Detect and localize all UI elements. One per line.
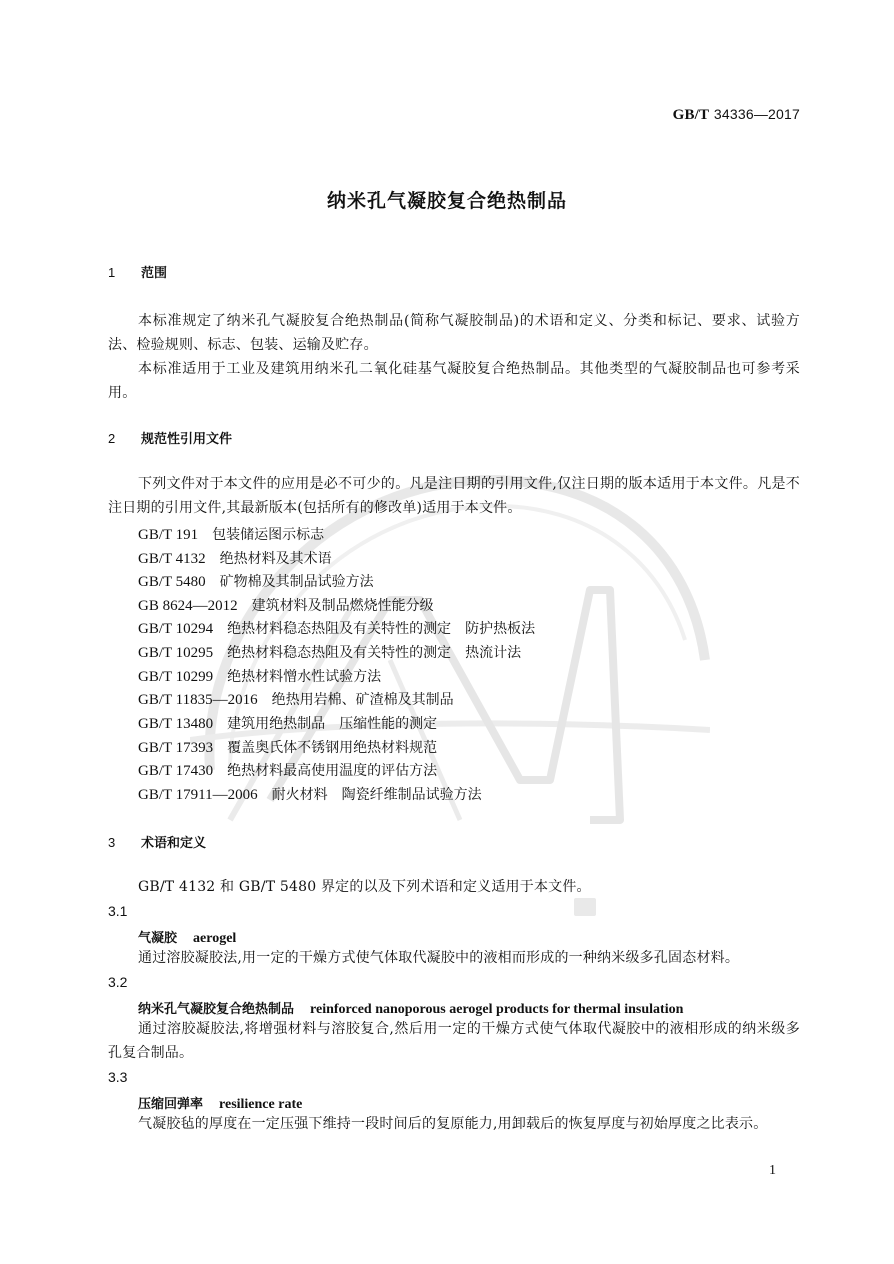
reference-item: GB 8624—2012建筑材料及制品燃烧性能分级 bbox=[138, 595, 434, 615]
section-number: 1 bbox=[108, 265, 141, 280]
reference-code: GB/T 5480 bbox=[138, 574, 206, 590]
section-3-intro: GB/T 4132 和 GB/T 5480 界定的以及下列术语和定义适用于本文件… bbox=[108, 875, 800, 899]
term-heading: 压缩回弹率resilience rate bbox=[138, 1093, 302, 1113]
reference-title: 包装储运图示标志 bbox=[212, 527, 324, 543]
reference-title: 矿物棉及其制品试验方法 bbox=[220, 574, 374, 590]
section-title: 范围 bbox=[141, 266, 167, 281]
reference-item: GB/T 5480矿物棉及其制品试验方法 bbox=[138, 571, 374, 591]
reference-item: GB/T 10299绝热材料憎水性试验方法 bbox=[138, 666, 381, 686]
term-heading: 纳米孔气凝胶复合绝热制品reinforced nanoporous aeroge… bbox=[138, 998, 683, 1018]
reference-item: GB/T 10294绝热材料稳态热阻及有关特性的测定 防护热板法 bbox=[138, 618, 535, 638]
reference-code: GB/T 17911—2006 bbox=[138, 787, 258, 803]
reference-title: 绝热材料稳态热阻及有关特性的测定 防护热板法 bbox=[227, 621, 535, 637]
reference-item: GB/T 191包装储运图示标志 bbox=[138, 524, 324, 544]
reference-code: GB/T 11835—2016 bbox=[138, 692, 258, 708]
reference-code: GB/T 17393 bbox=[138, 740, 213, 756]
term-en: resilience rate bbox=[219, 1097, 302, 1112]
reference-title: 绝热材料稳态热阻及有关特性的测定 热流计法 bbox=[227, 645, 521, 661]
term-zh: 压缩回弹率 bbox=[138, 1097, 203, 1112]
term-definition: 气凝胶毡的厚度在一定压强下维持一段时间后的复原能力,用卸载后的恢复厚度与初始厚度… bbox=[108, 1112, 800, 1136]
section-3-heading: 3术语和定义 bbox=[108, 832, 206, 851]
reference-code: GB/T 13480 bbox=[138, 716, 213, 732]
section-1-paragraph-2: 本标准适用于工业及建筑用纳米孔二氧化硅基气凝胶复合绝热制品。其他类型的气凝胶制品… bbox=[108, 357, 800, 405]
reference-title: 覆盖奥氏体不锈钢用绝热材料规范 bbox=[227, 740, 437, 756]
term-heading: 气凝胶aerogel bbox=[138, 927, 236, 947]
section-title: 术语和定义 bbox=[141, 836, 206, 851]
section-2-heading: 2规范性引用文件 bbox=[108, 428, 232, 447]
term-en: aerogel bbox=[193, 931, 236, 946]
reference-item: GB/T 17393覆盖奥氏体不锈钢用绝热材料规范 bbox=[138, 737, 437, 757]
reference-code: GB/T 17430 bbox=[138, 763, 213, 779]
section-2-intro: 下列文件对于本文件的应用是必不可少的。凡是注日期的引用文件,仅注日期的版本适用于… bbox=[108, 472, 800, 520]
term-number: 3.2 bbox=[108, 974, 127, 990]
document-title: 纳米孔气凝胶复合绝热制品 bbox=[0, 186, 894, 213]
reference-item: GB/T 17430绝热材料最高使用温度的评估方法 bbox=[138, 760, 437, 780]
reference-title: 绝热材料憎水性试验方法 bbox=[227, 669, 381, 685]
reference-item: GB/T 13480建筑用绝热制品 压缩性能的测定 bbox=[138, 713, 437, 733]
document-page: GB/T 34336—2017 纳米孔气凝胶复合绝热制品 1范围 本标准规定了纳… bbox=[0, 0, 894, 1264]
reference-title: 绝热用岩棉、矿渣棉及其制品 bbox=[272, 692, 454, 708]
reference-code: GB/T 10294 bbox=[138, 621, 213, 637]
reference-code: GB/T 10295 bbox=[138, 645, 213, 661]
reference-item: GB/T 10295绝热材料稳态热阻及有关特性的测定 热流计法 bbox=[138, 642, 521, 662]
reference-title: 建筑用绝热制品 压缩性能的测定 bbox=[227, 716, 437, 732]
term-zh: 纳米孔气凝胶复合绝热制品 bbox=[138, 1002, 294, 1017]
term-definition: 通过溶胶凝胶法,将增强材料与溶胶复合,然后用一定的干燥方式使气体取代凝胶中的液相… bbox=[108, 1017, 800, 1065]
section-title: 规范性引用文件 bbox=[141, 432, 232, 447]
standard-code: 34336—2017 bbox=[714, 106, 800, 122]
reference-code: GB/T 4132 bbox=[138, 551, 206, 567]
reference-code: GB/T 10299 bbox=[138, 669, 213, 685]
standard-prefix: GB/T bbox=[673, 107, 710, 123]
reference-title: 耐火材料 陶瓷纤维制品试验方法 bbox=[272, 787, 482, 803]
reference-item: GB/T 11835—2016绝热用岩棉、矿渣棉及其制品 bbox=[138, 689, 454, 709]
section-1-heading: 1范围 bbox=[108, 262, 167, 281]
reference-code: GB/T 191 bbox=[138, 527, 198, 543]
section-number: 3 bbox=[108, 835, 141, 850]
reference-title: 绝热材料最高使用温度的评估方法 bbox=[227, 763, 437, 779]
term-en: reinforced nanoporous aerogel products f… bbox=[310, 1002, 683, 1017]
small-watermark-mark bbox=[574, 898, 596, 916]
reference-item: GB/T 4132绝热材料及其术语 bbox=[138, 548, 332, 568]
reference-title: 建筑材料及制品燃烧性能分级 bbox=[252, 598, 434, 614]
term-zh: 气凝胶 bbox=[138, 931, 177, 946]
section-number: 2 bbox=[108, 431, 141, 446]
reference-title: 绝热材料及其术语 bbox=[220, 551, 332, 567]
term-number: 3.3 bbox=[108, 1069, 127, 1085]
reference-item: GB/T 17911—2006耐火材料 陶瓷纤维制品试验方法 bbox=[138, 784, 482, 804]
term-definition: 通过溶胶凝胶法,用一定的干燥方式使气体取代凝胶中的液相而形成的一种纳米级多孔固态… bbox=[108, 946, 800, 970]
standard-number: GB/T 34336—2017 bbox=[673, 106, 800, 124]
reference-code: GB 8624—2012 bbox=[138, 598, 238, 614]
page-number: 1 bbox=[769, 1163, 776, 1179]
term-number: 3.1 bbox=[108, 903, 127, 919]
section-1-paragraph-1: 本标准规定了纳米孔气凝胶复合绝热制品(简称气凝胶制品)的术语和定义、分类和标记、… bbox=[108, 309, 800, 357]
